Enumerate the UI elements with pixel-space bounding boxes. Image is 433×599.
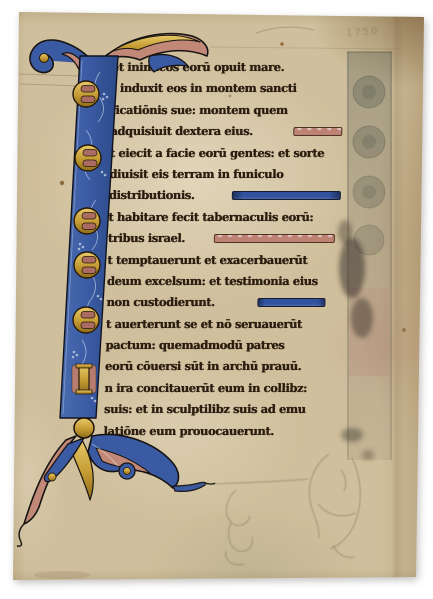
illumination-layer: Є Є Є Є xyxy=(0,0,433,599)
bottom-flourish xyxy=(17,418,215,546)
versal-initial-E: Є xyxy=(74,207,100,237)
versal-initial-E: Є xyxy=(73,306,99,336)
graphite-sketches xyxy=(178,454,360,565)
gold-ball xyxy=(74,418,94,438)
versal-initial-I: I xyxy=(72,364,96,395)
illuminated-initial-border: Є Є Є Є xyxy=(17,34,215,547)
versal-initial-E: Є xyxy=(73,80,99,110)
top-flourish xyxy=(30,34,208,84)
pencil-inscription: 1750 xyxy=(346,26,380,39)
pencil-scribble xyxy=(256,27,314,33)
manuscript-photo: et inimicos eorū opuit mare. t induxit e… xyxy=(0,0,433,599)
versal-initial-E: Є xyxy=(75,144,101,174)
versal-initial-E: Є xyxy=(74,251,100,281)
